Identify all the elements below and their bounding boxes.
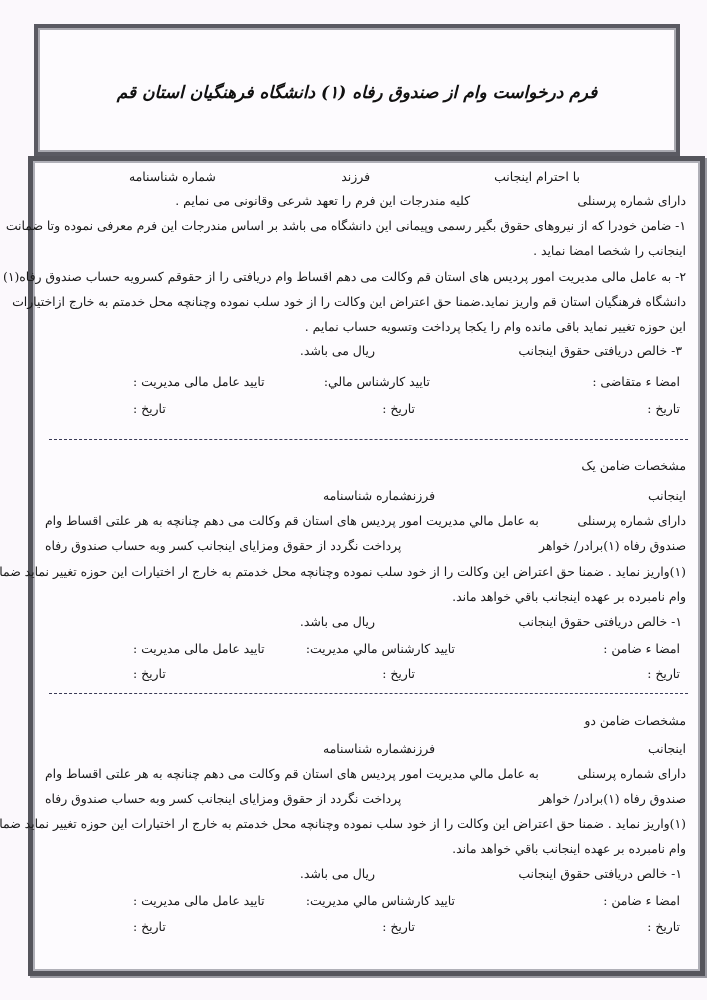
page-title: فرم درخواست وام از صندوق رفاه (۱) دانشگا… <box>38 83 676 103</box>
title-frame: فرم درخواست وام از صندوق رفاه (۱) دانشگا… <box>34 24 680 156</box>
guarantor-1-self-label: اینجانب <box>648 488 686 504</box>
finance-expert-approval-label: تایید کارشناس مالي: <box>324 374 430 390</box>
child-of-label: فرزند <box>341 169 370 185</box>
guarantor-1-id-number-label: شماره شناسنامه <box>323 488 410 504</box>
guarantor-2-fund-label: صندوق رفاه (۱)برادر/ خواهر <box>539 791 686 807</box>
personnel-label: دارای شماره پرسنلی <box>577 193 686 209</box>
guarantor-2-date-2: تاریخ : <box>382 919 415 935</box>
guarantor-1-finance-expert-label: تایید کارشناس مالي مدیریت: <box>306 641 455 657</box>
guarantor-2-net-salary-label: ۱- خالص دریافتی حقوق اینجانب <box>518 866 682 882</box>
section-divider <box>49 693 688 694</box>
guarantor-1-fund-label: صندوق رفاه (۱)برادر/ خواهر <box>539 538 686 554</box>
guarantor-1-power-of-attorney-text: به عامل مالي مدیریت امور پردیس های استان… <box>45 513 539 529</box>
respect-label: با احترام اینجانب <box>494 169 580 185</box>
guarantor-1-date-1: تاریخ : <box>647 666 680 682</box>
finance-officer-date-label: تاریخ : <box>133 401 166 417</box>
guarantor-2-liability-text: وام نامبرده بر عهده اینجانب باقي خواهد م… <box>452 841 686 857</box>
form-body: با احترام اینجانب فرزند شماره شناسنامه د… <box>28 156 705 976</box>
guarantor-2-signature-label: امضا ء ضامن : <box>603 893 680 909</box>
guarantor-1-heading: مشخصات ضامن یک <box>581 458 686 474</box>
guarantor-1-date-3: تاریخ : <box>133 666 166 682</box>
id-number-label: شماره شناسنامه <box>129 169 216 185</box>
clause-1-line-1: ۱- ضامن خودرا که از نیروهای حقوق بگیر رس… <box>45 218 686 234</box>
guarantor-1-date-2: تاریخ : <box>382 666 415 682</box>
guarantor-1-signature-label: امضا ء ضامن : <box>603 641 680 657</box>
guarantor-2-id-number-label: شماره شناسنامه <box>323 741 410 757</box>
guarantor-1-finance-officer-label: تایید عامل مالی مدیریت : <box>133 641 265 657</box>
clause-1-line-2: اینجانب را شخصا امضا نماید . <box>533 243 686 259</box>
guarantor-2-self-label: اینجانب <box>648 741 686 757</box>
net-salary-label: ۳- خالص دریافتی حقوق اینجانب <box>518 343 682 359</box>
section-divider <box>49 439 688 440</box>
applicant-signature-label: امضا ء متقاضی : <box>592 374 680 390</box>
guarantor-2-date-3: تاریخ : <box>133 919 166 935</box>
guarantor-1-personnel-label: دارای شماره پرسنلی <box>577 513 686 529</box>
guarantor-2-waiver-text: (۱)واریز نماید . ضمنا حق اعتراض این وکال… <box>45 816 686 832</box>
finance-officer-approval-label: تایید عامل مالی مدیریت : <box>133 374 265 390</box>
guarantor-1-waiver-text: (۱)واریز نماید . ضمنا حق اعتراض این وکال… <box>45 564 686 580</box>
guarantor-1-child-of-label: فرزند <box>406 488 435 504</box>
guarantor-2-personnel-label: دارای شماره پرسنلی <box>577 766 686 782</box>
clause-2-line-2: دانشگاه فرهنگیان استان قم واریز نماید.ضم… <box>45 294 686 310</box>
clause-2-line-3: این حوزه تغییر نماید باقی مانده وام را ی… <box>305 319 686 335</box>
guarantor-2-child-of-label: فرزند <box>406 741 435 757</box>
guarantor-2-power-of-attorney-text: به عامل مالي مدیریت امور پردیس های استان… <box>45 766 539 782</box>
guarantor-1-deduction-text: پرداخت نگردد از حقوق ومزایای اینجانب کسر… <box>45 538 401 554</box>
guarantor-2-deduction-text: پرداخت نگردد از حقوق ومزایای اینجانب کسر… <box>45 791 401 807</box>
net-salary-suffix: ریال می باشد. <box>300 343 375 359</box>
applicant-date-label: تاریخ : <box>647 401 680 417</box>
guarantor-1-net-salary-label: ۱- خالص دریافتی حقوق اینجانب <box>518 614 682 630</box>
guarantor-2-finance-expert-label: تایید کارشناس مالي مدیریت: <box>306 893 455 909</box>
guarantor-1-liability-text: وام نامبرده بر عهده اینجانب باقي خواهد م… <box>452 589 686 605</box>
guarantor-1-net-salary-suffix: ریال می باشد. <box>300 614 375 630</box>
clause-2-line-1: ۲- به عامل مالی مدیریت امور پردیس های اس… <box>45 269 686 285</box>
guarantor-2-date-1: تاریخ : <box>647 919 680 935</box>
commitment-text: کلیه مندرجات این فرم را تعهد شرعی وقانون… <box>175 193 470 209</box>
guarantor-2-net-salary-suffix: ریال می باشد. <box>300 866 375 882</box>
finance-expert-date-label: تاریخ : <box>382 401 415 417</box>
guarantor-2-finance-officer-label: تایید عامل مالی مدیریت : <box>133 893 265 909</box>
guarantor-2-heading: مشخصات ضامن دو <box>584 713 686 729</box>
